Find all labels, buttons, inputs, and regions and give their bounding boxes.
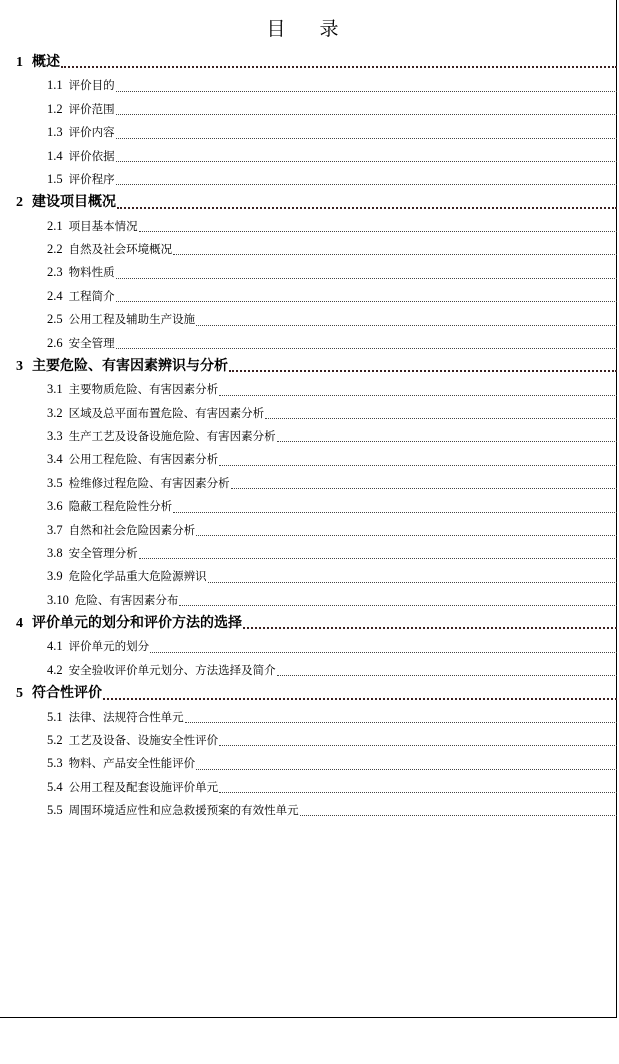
toc-dot-leader	[277, 440, 617, 442]
toc-entry-number: 3.3	[47, 425, 63, 448]
toc-entry-number: 1.1	[47, 74, 63, 97]
toc-entry-title: 危险化学品重大危险源辨识	[69, 565, 207, 588]
toc-entry-number: 3.2	[47, 402, 63, 425]
toc-dot-leader	[139, 230, 617, 232]
toc-entry-number: 4.2	[47, 659, 63, 682]
toc-entry-number: 5.3	[47, 752, 63, 775]
toc-dot-leader	[219, 394, 617, 396]
toc-section-entry[interactable]: 4.1评价单元的划分	[0, 635, 617, 658]
toc-dot-leader	[173, 511, 617, 513]
toc-entry-number: 1.5	[47, 168, 63, 191]
toc-dot-leader	[277, 674, 617, 676]
toc-entry-title: 检维修过程危险、有害因素分析	[69, 472, 230, 495]
toc-entry-title: 法律、法规符合性单元	[69, 706, 184, 729]
toc-dot-leader	[300, 814, 617, 816]
toc-dot-leader	[196, 768, 617, 770]
toc-entry-title: 物料性质	[69, 261, 115, 284]
toc-chapter-entry[interactable]: 5符合性评价	[0, 682, 617, 705]
toc-dot-leader	[231, 487, 617, 489]
toc-dot-leader	[229, 369, 617, 372]
toc-entry-number: 5	[16, 682, 23, 705]
toc-section-entry[interactable]: 3.6隐蔽工程危险性分析	[0, 495, 617, 518]
toc-dot-leader	[103, 697, 617, 700]
toc-entry-number: 5.2	[47, 729, 63, 752]
toc-section-entry[interactable]: 4.2安全验收评价单元划分、方法选择及简介	[0, 659, 617, 682]
toc-chapter-entry[interactable]: 3主要危险、有害因素辨识与分析	[0, 355, 617, 378]
toc-dot-leader	[116, 90, 617, 92]
toc-dot-leader	[196, 534, 617, 536]
toc-entry-title: 自然和社会危险因素分析	[69, 519, 196, 542]
toc-entry-title: 主要物质危险、有害因素分析	[69, 378, 219, 401]
toc-dot-leader	[116, 347, 617, 349]
toc-dot-leader	[219, 744, 617, 746]
toc-entry-number: 4	[16, 612, 23, 635]
toc-section-entry[interactable]: 2.2自然及社会环境概况	[0, 238, 617, 261]
toc-section-entry[interactable]: 3.4公用工程危险、有害因素分析	[0, 448, 617, 471]
toc-entry-number: 2.1	[47, 215, 63, 238]
toc-title: 目 录	[0, 14, 619, 41]
toc-dot-leader	[116, 137, 617, 139]
toc-dot-leader	[219, 464, 617, 466]
toc-section-entry[interactable]: 1.5评价程序	[0, 168, 617, 191]
toc-dot-leader	[116, 300, 617, 302]
toc-entry-number: 3	[16, 355, 23, 378]
toc-entry-title: 物料、产品安全性能评价	[69, 752, 196, 775]
toc-entry-title: 生产工艺及设备设施危险、有害因素分析	[69, 425, 276, 448]
toc-section-entry[interactable]: 2.4工程简介	[0, 285, 617, 308]
toc-entry-title: 评价单元的划分和评价方法的选择	[32, 612, 242, 635]
toc-entry-number: 3.9	[47, 565, 63, 588]
toc-section-entry[interactable]: 2.6安全管理	[0, 332, 617, 355]
toc-entry-title: 评价依据	[69, 145, 115, 168]
toc-entry-title: 危险、有害因素分布	[75, 589, 179, 612]
toc-section-entry[interactable]: 1.4评价依据	[0, 145, 617, 168]
toc-entry-title: 建设项目概况	[32, 191, 116, 214]
toc-chapter-entry[interactable]: 2建设项目概况	[0, 191, 617, 214]
toc-section-entry[interactable]: 3.7自然和社会危险因素分析	[0, 519, 617, 542]
toc-entry-number: 3.4	[47, 448, 63, 471]
table-of-contents: 1概述1.1评价目的1.2评价范围1.3评价内容1.4评价依据1.5评价程序2建…	[0, 51, 617, 822]
toc-entry-number: 2.3	[47, 261, 63, 284]
toc-section-entry[interactable]: 5.4公用工程及配套设施评价单元	[0, 776, 617, 799]
toc-entry-number: 5.4	[47, 776, 63, 799]
toc-dot-leader	[179, 604, 617, 606]
toc-entry-number: 2.6	[47, 332, 63, 355]
toc-entry-number: 2.4	[47, 285, 63, 308]
toc-section-entry[interactable]: 3.3生产工艺及设备设施危险、有害因素分析	[0, 425, 617, 448]
toc-chapter-entry[interactable]: 1概述	[0, 51, 617, 74]
toc-entry-title: 项目基本情况	[69, 215, 138, 238]
toc-dot-leader	[117, 206, 617, 209]
toc-dot-leader	[150, 651, 617, 653]
toc-entry-title: 工程简介	[69, 285, 115, 308]
toc-entry-number: 3.8	[47, 542, 63, 565]
toc-entry-title: 评价单元的划分	[69, 635, 150, 658]
toc-entry-number: 3.7	[47, 519, 63, 542]
toc-dot-leader	[116, 277, 617, 279]
toc-entry-number: 2.5	[47, 308, 63, 331]
toc-entry-title: 评价内容	[69, 121, 115, 144]
toc-section-entry[interactable]: 3.9危险化学品重大危险源辨识	[0, 565, 617, 588]
toc-section-entry[interactable]: 3.10危险、有害因素分布	[0, 589, 617, 612]
toc-entry-title: 自然及社会环境概况	[69, 238, 173, 261]
toc-dot-leader	[139, 557, 617, 559]
toc-entry-title: 安全验收评价单元划分、方法选择及简介	[69, 659, 276, 682]
toc-entry-number: 2	[16, 191, 23, 214]
toc-dot-leader	[219, 791, 617, 793]
toc-dot-leader	[116, 160, 617, 162]
toc-section-entry[interactable]: 1.3评价内容	[0, 121, 617, 144]
toc-entry-title: 公用工程及配套设施评价单元	[69, 776, 219, 799]
toc-entry-number: 3.1	[47, 378, 63, 401]
toc-entry-title: 评价程序	[69, 168, 115, 191]
toc-entry-title: 评价目的	[69, 74, 115, 97]
toc-entry-title: 隐蔽工程危险性分析	[69, 495, 173, 518]
toc-dot-leader	[243, 626, 617, 629]
toc-entry-number: 3.6	[47, 495, 63, 518]
toc-entry-title: 安全管理分析	[69, 542, 138, 565]
toc-section-entry[interactable]: 2.3物料性质	[0, 261, 617, 284]
toc-section-entry[interactable]: 2.5公用工程及辅助生产设施	[0, 308, 617, 331]
toc-entry-number: 4.1	[47, 635, 63, 658]
toc-section-entry[interactable]: 3.8安全管理分析	[0, 542, 617, 565]
toc-dot-leader	[116, 183, 617, 185]
toc-dot-leader	[265, 417, 617, 419]
toc-dot-leader	[185, 721, 617, 723]
toc-section-entry[interactable]: 3.2区域及总平面布置危险、有害因素分析	[0, 402, 617, 425]
toc-section-entry[interactable]: 5.2工艺及设备、设施安全性评价	[0, 729, 617, 752]
toc-entry-title: 公用工程及辅助生产设施	[69, 308, 196, 331]
toc-entry-number: 2.2	[47, 238, 63, 261]
toc-dot-leader	[116, 113, 617, 115]
toc-section-entry[interactable]: 3.1主要物质危险、有害因素分析	[0, 378, 617, 401]
toc-entry-title: 符合性评价	[32, 682, 102, 705]
toc-dot-leader	[208, 581, 617, 583]
toc-section-entry[interactable]: 5.1法律、法规符合性单元	[0, 706, 617, 729]
toc-entry-title: 安全管理	[69, 332, 115, 355]
toc-entry-number: 3.5	[47, 472, 63, 495]
toc-entry-number: 5.1	[47, 706, 63, 729]
toc-entry-title: 评价范围	[69, 98, 115, 121]
toc-chapter-entry[interactable]: 4评价单元的划分和评价方法的选择	[0, 612, 617, 635]
toc-entry-title: 区域及总平面布置危险、有害因素分析	[69, 402, 265, 425]
toc-section-entry[interactable]: 5.3物料、产品安全性能评价	[0, 752, 617, 775]
toc-entry-number: 1.4	[47, 145, 63, 168]
toc-entry-number: 5.5	[47, 799, 63, 822]
toc-entry-title: 周围环境适应性和应急救援预案的有效性单元	[69, 799, 299, 822]
toc-section-entry[interactable]: 1.2评价范围	[0, 98, 617, 121]
toc-entry-number: 3.10	[47, 589, 69, 612]
toc-dot-leader	[196, 324, 617, 326]
toc-entry-number: 1	[16, 51, 23, 74]
toc-dot-leader	[173, 253, 617, 255]
toc-entry-number: 1.3	[47, 121, 63, 144]
toc-entry-title: 概述	[32, 51, 60, 74]
toc-entry-number: 1.2	[47, 98, 63, 121]
toc-section-entry[interactable]: 5.5周围环境适应性和应急救援预案的有效性单元	[0, 799, 617, 822]
toc-entry-title: 主要危险、有害因素辨识与分析	[32, 355, 228, 378]
document-page: 目 录 1概述1.1评价目的1.2评价范围1.3评价内容1.4评价依据1.5评价…	[0, 0, 617, 1018]
toc-dot-leader	[61, 65, 617, 68]
toc-entry-title: 公用工程危险、有害因素分析	[69, 448, 219, 471]
toc-section-entry[interactable]: 1.1评价目的	[0, 74, 617, 97]
toc-section-entry[interactable]: 2.1项目基本情况	[0, 215, 617, 238]
toc-section-entry[interactable]: 3.5检维修过程危险、有害因素分析	[0, 472, 617, 495]
toc-entry-title: 工艺及设备、设施安全性评价	[69, 729, 219, 752]
